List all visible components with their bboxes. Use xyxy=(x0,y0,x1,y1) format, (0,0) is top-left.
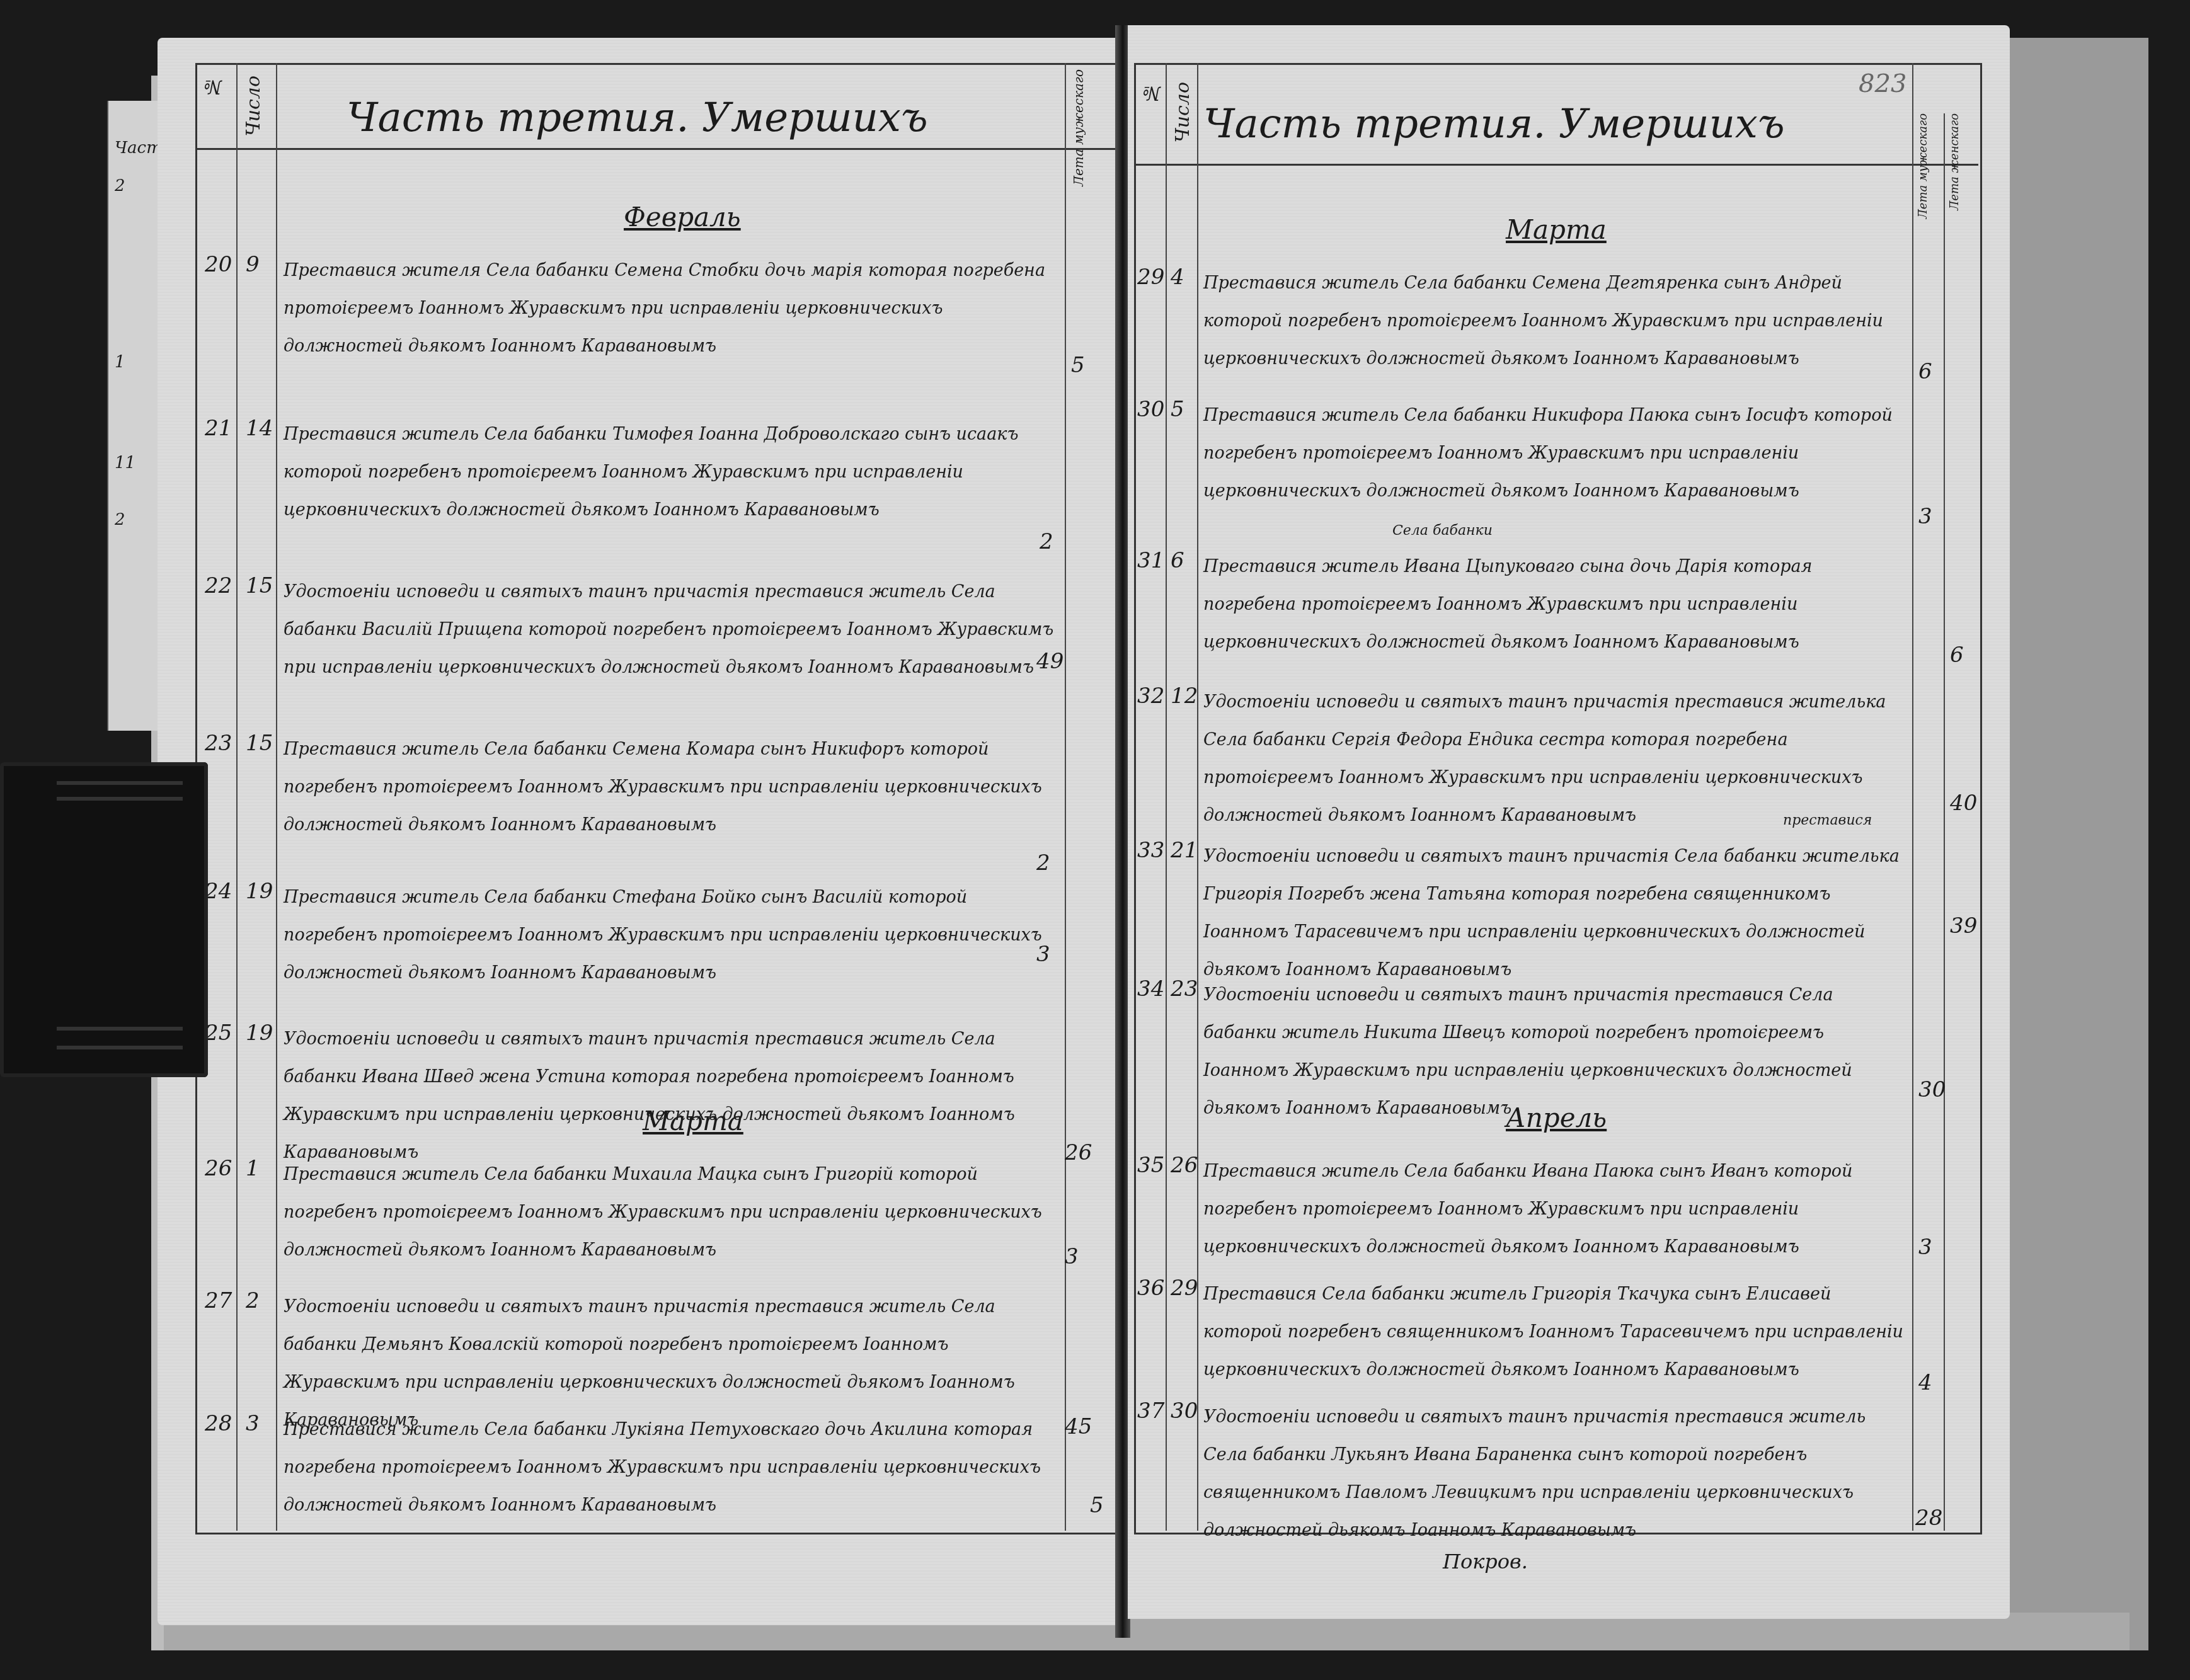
record-age: 49 xyxy=(1036,649,1063,674)
record-age-male: 4 xyxy=(1918,1370,1932,1395)
page-title: Часть третия. Умершихъ xyxy=(1203,101,1785,147)
record-day: 12 xyxy=(1171,683,1198,709)
record-day: 30 xyxy=(1171,1398,1198,1424)
record-number: 21 xyxy=(205,416,232,441)
death-record: 20 9 Преставися жителя Села бабанки Семе… xyxy=(158,252,1121,416)
interlinear-note: Села бабанки xyxy=(1392,523,1493,539)
record-day: 9 xyxy=(246,252,260,277)
record-number: 37 xyxy=(1137,1398,1164,1424)
folio-number: 823 xyxy=(1859,69,1906,98)
record-age-male: 30 xyxy=(1918,1077,1946,1102)
interlinear-note: преставися xyxy=(1783,813,1872,828)
record-number: 26 xyxy=(205,1156,232,1181)
record-day: 19 xyxy=(246,879,273,904)
month-heading: Марта xyxy=(643,1106,743,1136)
record-day: 3 xyxy=(246,1411,260,1436)
header-rule xyxy=(195,148,1115,150)
record-number: 34 xyxy=(1137,976,1164,1002)
record-number: 23 xyxy=(205,731,232,756)
record-day: 21 xyxy=(1171,838,1198,863)
clip-rib xyxy=(57,781,183,785)
column-header-age-female: Лета женскаго xyxy=(1948,113,1961,210)
record-number: 30 xyxy=(1137,397,1164,422)
record-day: 5 xyxy=(1171,397,1184,422)
death-record: 26 1 Преставися житель Села бабанки Миха… xyxy=(158,1156,1121,1301)
record-age-male: 3 xyxy=(1918,1235,1932,1260)
death-record: преставися 33 21 Удостоеніи исповеди и с… xyxy=(1128,838,2010,983)
column-header-age: Лета мужескаго xyxy=(1071,69,1086,186)
tab-label: 2 xyxy=(115,176,125,195)
death-record: 32 12 Удостоеніи исповеди и святыхъ таин… xyxy=(1128,683,2010,841)
death-record: 24 19 Преставися житель Села бабанки Сте… xyxy=(158,879,1121,1030)
record-age-male: 6 xyxy=(1918,359,1932,384)
record-text: Преставися Села бабанки житель Григорія … xyxy=(1203,1276,1906,1389)
record-number: 28 xyxy=(205,1411,232,1436)
record-number: 36 xyxy=(1137,1276,1164,1301)
record-text: Преставися житель Села бабанки Ивана Паю… xyxy=(1203,1153,1906,1266)
record-age: 5 xyxy=(1090,1493,1104,1518)
record-age: 3 xyxy=(1065,1244,1079,1269)
death-record: Села бабанки 31 6 Преставися житель Иван… xyxy=(1128,548,2010,693)
record-number: 24 xyxy=(205,879,232,904)
record-age: 5 xyxy=(1071,353,1085,378)
record-number: 20 xyxy=(205,252,232,277)
record-number: 25 xyxy=(205,1020,232,1046)
record-day: 29 xyxy=(1171,1276,1198,1301)
record-text: Преставися житель Села бабанки Тимофея І… xyxy=(284,416,1058,529)
tab-label: 2 xyxy=(115,510,125,529)
death-record: 28 3 Преставися житель Села бабанки Лукі… xyxy=(158,1411,1121,1550)
record-age-female: 40 xyxy=(1950,791,1977,816)
record-number: 32 xyxy=(1137,683,1164,709)
page-title: Часть третия. Умершихъ xyxy=(347,94,928,141)
tab-label: 11 xyxy=(115,454,135,472)
record-number: 27 xyxy=(205,1288,232,1313)
record-text: Удостоеніи исповеди и святыхъ таинъ прич… xyxy=(1203,683,1906,835)
record-text: Преставися житель Села бабанки Михаила М… xyxy=(284,1156,1058,1269)
record-text: Удостоеніи исповеди и святыхъ таинъ прич… xyxy=(1203,1398,1906,1550)
month-heading: Марта xyxy=(1506,214,1607,245)
clip-rib xyxy=(57,797,183,801)
death-record: 37 30 Удостоеніи исповеди и святыхъ таин… xyxy=(1128,1398,2010,1537)
death-record: 35 26 Преставися житель Села бабанки Ива… xyxy=(1128,1153,2010,1279)
column-header-number: № xyxy=(202,76,224,98)
clip-rib xyxy=(57,1046,183,1049)
record-day: 26 xyxy=(1171,1153,1198,1178)
death-record: 22 15 Удостоеніи исповеди и святыхъ таин… xyxy=(158,573,1121,737)
record-text: Преставися житель Села бабанки Лукіяна П… xyxy=(284,1411,1058,1524)
record-age: 2 xyxy=(1040,529,1053,554)
book-edge-right xyxy=(2010,38,2148,1650)
record-day: 1 xyxy=(246,1156,260,1181)
column-header-age-male: Лета мужескаго xyxy=(1917,113,1930,219)
record-day: 14 xyxy=(246,416,273,441)
record-text: Удостоеніи исповеди и святыхъ таинъ прич… xyxy=(284,573,1058,687)
record-age-female: 6 xyxy=(1950,643,1964,668)
death-record: 36 29 Преставися Села бабанки житель Гри… xyxy=(1128,1276,2010,1402)
death-record: 21 14 Преставися житель Села бабанки Тим… xyxy=(158,416,1121,580)
tab-label: 1 xyxy=(115,353,125,372)
index-tab-strip: Часть 2 1 11 2 xyxy=(107,101,165,731)
record-age-female: 39 xyxy=(1950,913,1977,939)
record-day: 4 xyxy=(1171,265,1184,290)
record-text: Преставися жителя Села бабанки Семена Ст… xyxy=(284,252,1058,365)
record-age-male: 28 xyxy=(1915,1506,1942,1531)
column-header-number: № xyxy=(1140,82,1162,104)
left-page: № Число Лета мужескаго Часть третия. Уме… xyxy=(158,38,1121,1625)
record-text: Преставися житель Села бабанки Семена Де… xyxy=(1203,265,1906,378)
record-day: 23 xyxy=(1171,976,1198,1002)
column-header-day: Число xyxy=(243,76,265,136)
death-record: 23 15 Преставися житель Села бабанки Сем… xyxy=(158,731,1121,894)
death-record: 30 5 Преставися житель Села бабанки Ники… xyxy=(1128,397,2010,554)
record-text: Преставися житель Села бабанки Семена Ко… xyxy=(284,731,1058,844)
record-number: 29 xyxy=(1137,265,1164,290)
record-day: 15 xyxy=(246,731,273,756)
record-text: Удостоеніи исповеди и святыхъ таинъ прич… xyxy=(1203,838,1906,989)
record-number: 33 xyxy=(1137,838,1164,863)
signature: Покров. xyxy=(1443,1550,1528,1574)
record-text: Преставися житель Ивана Цыпуковаго сына … xyxy=(1203,548,1906,661)
record-text: Преставися житель Села бабанки Стефана Б… xyxy=(284,879,1058,992)
record-age-male: 3 xyxy=(1918,504,1932,529)
month-heading: Апрель xyxy=(1506,1102,1607,1133)
record-number: 31 xyxy=(1137,548,1164,573)
column-header-day: Число xyxy=(1172,82,1194,142)
month-heading: Февраль xyxy=(624,202,741,232)
record-number: 35 xyxy=(1137,1153,1164,1178)
binder-clip xyxy=(0,762,208,1077)
record-day: 2 xyxy=(246,1288,260,1313)
clip-rib xyxy=(57,1027,183,1031)
record-number: 22 xyxy=(205,573,232,598)
header-rule xyxy=(1134,164,1978,166)
right-page: № Число Лета мужескаго Лета женскаго 823… xyxy=(1128,25,2010,1619)
record-day: 15 xyxy=(246,573,273,598)
record-text: Удостоеніи исповеди и святыхъ таинъ прич… xyxy=(284,1020,1058,1172)
record-age: 3 xyxy=(1036,942,1050,967)
record-age: 2 xyxy=(1036,850,1050,876)
record-day: 19 xyxy=(246,1020,273,1046)
record-text: Преставися житель Села бабанки Никифора … xyxy=(1203,397,1906,510)
record-day: 6 xyxy=(1171,548,1184,573)
